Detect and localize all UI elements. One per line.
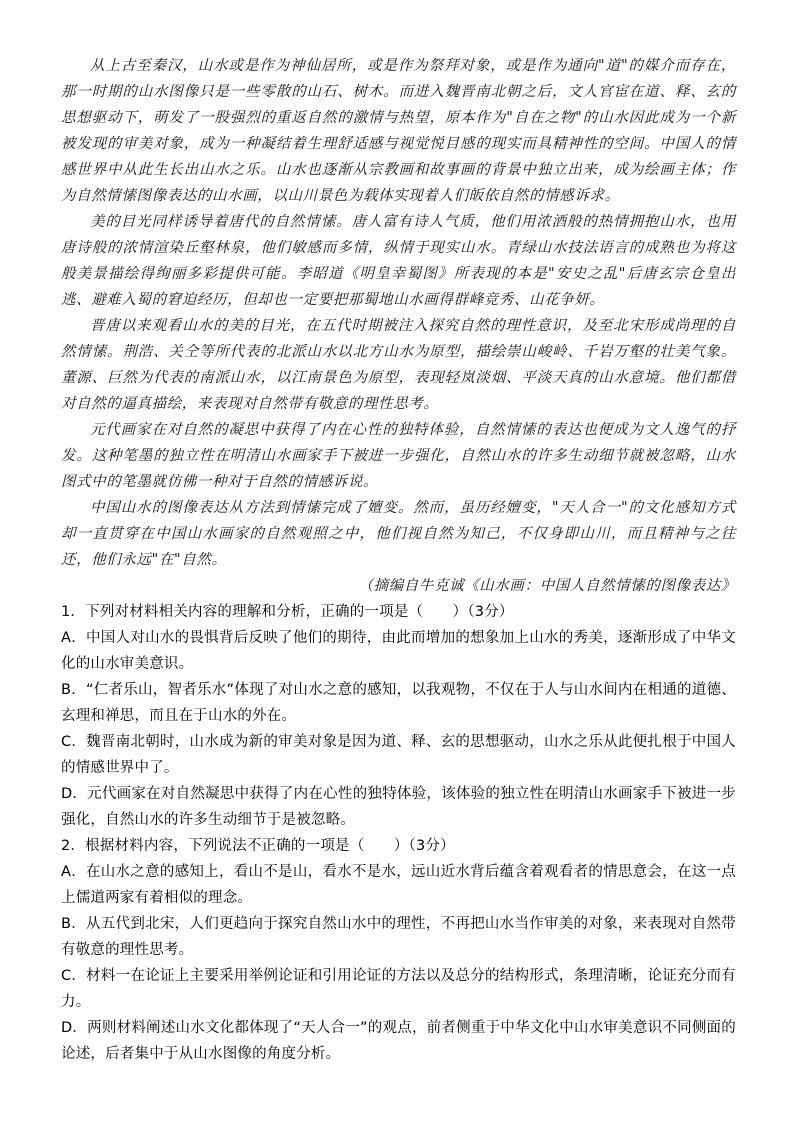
- passage-paragraph-1: 从上古至秦汉，山水或是作为神仙居所，或是作为祭拜对象，或是作为通向"道"的媒介而…: [61, 53, 736, 209]
- question-2-option-d: D．两则材料阐述山水文化都体现了“天人合一”的观点，前者侧重于中华文化中山水审美…: [61, 1015, 736, 1067]
- passage-paragraph-4: 元代画家在对自然的凝思中获得了内在心性的独特体验，自然情愫的表达也便成为文人逸气…: [61, 417, 736, 495]
- question-1-stem: 1．下列对材料相关内容的理解和分析，正确的一项是（ ）（3分）: [61, 599, 736, 625]
- question-2-option-b: B．从五代到北宋，人们更趋向于探究自然山水中的理性，不再把山水当作审美的对象，来…: [61, 911, 736, 963]
- passage-paragraph-5: 中国山水的图像表达从方法到情愫完成了嬗变。然而，虽历经嬗变，"天人合一"的文化感…: [61, 495, 736, 573]
- passage-attribution: （摘编自牛克诚《山水画：中国人自然情愫的图像表达》: [61, 573, 736, 599]
- question-2-stem: 2．根据材料内容，下列说法不正确的一项是（ ）（3分）: [61, 833, 736, 859]
- passage-paragraph-3: 晋唐以来观看山水的美的目光，在五代时期被注入探究自然的理性意识，及至北宋形成尚理…: [61, 313, 736, 417]
- question-1-option-b: B．“仁者乐山，智者乐水”体现了对山水之意的感知，以我观物，不仅在于人与山水间内…: [61, 677, 736, 729]
- question-2-option-c: C．材料一在论证上主要采用举例论证和引用论证的方法以及总分的结构形式，条理清晰，…: [61, 963, 736, 1015]
- reading-passage: 从上古至秦汉，山水或是作为神仙居所，或是作为祭拜对象，或是作为通向"道"的媒介而…: [61, 53, 736, 599]
- question-1-option-a: A．中国人对山水的畏惧背后反映了他们的期待，由此而增加的想象加上山水的秀美，逐渐…: [61, 625, 736, 677]
- questions-section: 1．下列对材料相关内容的理解和分析，正确的一项是（ ）（3分） A．中国人对山水…: [61, 599, 736, 1067]
- passage-paragraph-2: 美的目光同样诱导着唐代的自然情愫。唐人富有诗人气质，他们用浓酒般的热情拥抱山水，…: [61, 209, 736, 313]
- exam-page: 从上古至秦汉，山水或是作为神仙居所，或是作为祭拜对象，或是作为通向"道"的媒介而…: [0, 0, 794, 1123]
- question-1-option-d: D．元代画家在对自然凝思中获得了内在心性的独特体验，该体验的独立性在明清山水画家…: [61, 781, 736, 833]
- question-2-option-a: A．在山水之意的感知上，看山不是山，看水不是水，远山近水背后蕴含着观看者的情思意…: [61, 859, 736, 911]
- question-1-option-c: C．魏晋南北朝时，山水成为新的审美对象是因为道、释、玄的思想驱动，山水之乐从此便…: [61, 729, 736, 781]
